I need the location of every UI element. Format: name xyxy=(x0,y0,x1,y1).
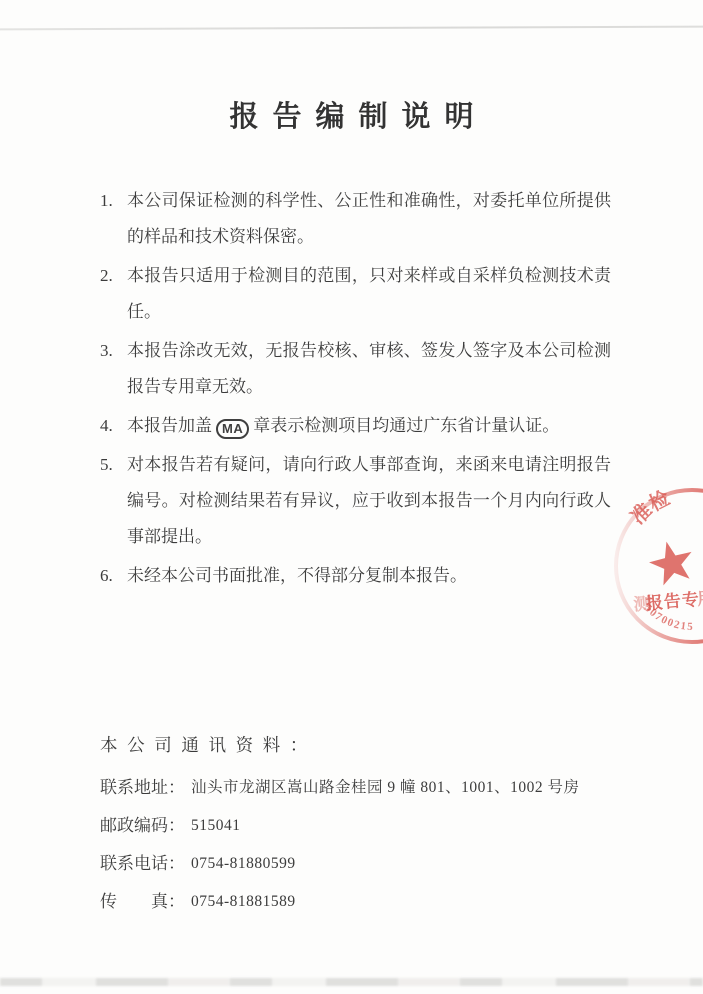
stamp-middle-partial-right: 用 xyxy=(696,588,703,608)
list-item: 1. 本公司保证检测的科学性、公正性和准确性，对委托单位所提供的样品和技术资料保… xyxy=(100,183,611,255)
contact-heading: 本公司通讯资料： xyxy=(100,730,643,760)
contact-label: 邮政编码： xyxy=(100,807,185,845)
list-item: 5. 对本报告若有疑问，请向行政人事部查询，来函来电请注明报告编号。对检测结果若… xyxy=(100,447,611,555)
list-item-number: 3. xyxy=(100,333,127,405)
list-item-text: 未经本公司书面批准，不得部分复制本报告。 xyxy=(127,558,611,594)
list-item-text: 本报告涂改无效，无报告校核、审核、签发人签字及本公司检测报告专用章无效。 xyxy=(127,333,611,405)
contact-label: 联系电话： xyxy=(100,845,185,883)
contact-value: 汕头市龙湖区嵩山路金桂园 9 幢 801、1001、1002 号房 xyxy=(191,769,580,807)
document-page: 报告编制说明 1. 本公司保证检测的科学性、公正性和准确性，对委托单位所提供的样… xyxy=(0,0,703,994)
cma-mark-letters: MA xyxy=(222,421,243,436)
list-item-number: 1. xyxy=(100,183,127,255)
contact-row-phone: 联系电话： 0754-81880599 xyxy=(100,845,643,883)
list-item-text: 本报告加盖MA章表示检测项目均通过广东省计量认证。 xyxy=(127,408,611,444)
cma-certification-mark: MA xyxy=(216,419,249,439)
contact-row-address: 联系地址： 汕头市龙湖区嵩山路金桂园 9 幢 801、1001、1002 号房 xyxy=(100,769,643,807)
contact-value: 0754-81881589 xyxy=(191,883,296,921)
contact-row-fax: 传 真： 0754-81881589 xyxy=(100,883,643,921)
list-item-text: 对本报告若有疑问，请向行政人事部查询，来函来电请注明报告编号。对检测结果若有异议… xyxy=(127,447,611,555)
stamp-top-arc-text: 准检 xyxy=(626,485,675,529)
contact-label: 联系地址： xyxy=(100,769,185,807)
list-item: 6. 未经本公司书面批准，不得部分复制本报告。 xyxy=(100,558,611,594)
list-item-number: 4. xyxy=(100,408,127,444)
list-item: 2. 本报告只适用于检测目的范围，只对来样或自采样负检测技术责任。 xyxy=(100,258,611,330)
list-item-text: 本公司保证检测的科学性、公正性和准确性，对委托单位所提供的样品和技术资料保密。 xyxy=(127,183,611,255)
scan-artifact-top-line xyxy=(0,26,703,30)
list-item-number: 2. xyxy=(100,258,127,330)
page-title: 报告编制说明 xyxy=(0,99,703,135)
contact-value: 515041 xyxy=(191,807,241,845)
list-item: 3. 本报告涂改无效，无报告校核、审核、签发人签字及本公司检测报告专用章无效。 xyxy=(100,333,611,405)
stamp-star-icon xyxy=(645,536,698,587)
scan-artifact-bottom-band xyxy=(0,978,703,986)
notes-list: 1. 本公司保证检测的科学性、公正性和准确性，对委托单位所提供的样品和技术资料保… xyxy=(100,183,611,594)
contact-label: 传 真： xyxy=(100,883,185,921)
list-item-text: 本报告只适用于检测目的范围，只对来样或自采样负检测技术责任。 xyxy=(127,258,611,330)
contact-section: 本公司通讯资料： 联系地址： 汕头市龙湖区嵩山路金桂园 9 幢 801、1001… xyxy=(100,730,643,921)
list-item-text-before-mark: 本报告加盖 xyxy=(127,416,212,435)
red-company-stamp: 准检 测 报告专 用 50700215 xyxy=(592,466,703,666)
contact-value: 0754-81880599 xyxy=(191,845,296,883)
contact-row-postcode: 邮政编码： 515041 xyxy=(100,807,643,845)
list-item-number: 5. xyxy=(100,447,127,555)
list-item: 4. 本报告加盖MA章表示检测项目均通过广东省计量认证。 xyxy=(100,408,611,444)
list-item-number: 6. xyxy=(100,558,127,594)
list-item-text-after-mark: 章表示检测项目均通过广东省计量认证。 xyxy=(253,416,559,435)
